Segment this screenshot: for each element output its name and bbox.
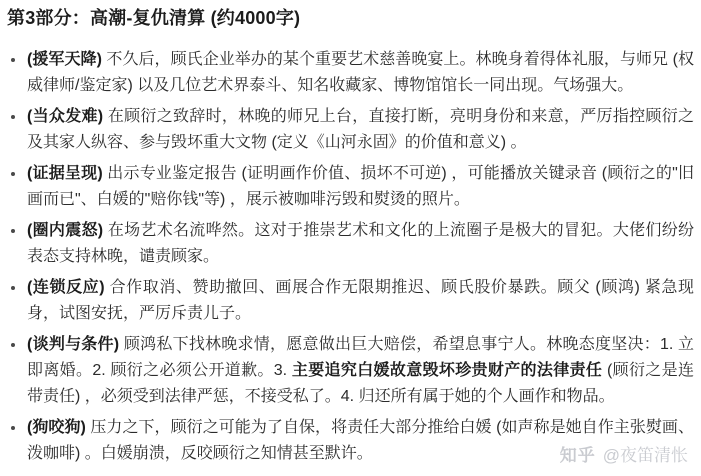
list-item: (谈判与条件) 顾鸿私下找林晚求情，愿意做出巨大赔偿，希望息事宁人。林晚态度坚决…: [27, 332, 694, 410]
list-item: (证据呈现) 出示专业鉴定报告 (证明画作价值、损坏不可逆) ，可能播放关键录音…: [27, 161, 694, 213]
section-title: 第3部分：高潮-复仇清算 (约4000字): [7, 6, 694, 30]
document-page: 第3部分：高潮-复仇清算 (约4000字) (援军天降) 不久后，顾氏企业举办的…: [7, 6, 694, 476]
bullet-icon: [11, 286, 15, 290]
list-item-text: (当众发难) 在顾衍之致辞时，林晚的师兄上台，直接打断，亮明身份和来意，严厉指控…: [27, 108, 694, 151]
bullet-icon: [11, 426, 15, 430]
bullet-icon: [11, 229, 15, 233]
list-item-text: (连锁反应) 合作取消、赞助撤回、画展合作无限期推迟、顾氏股价暴跌。顾父 (顾鸿…: [27, 279, 694, 322]
list-item-text: (援军天降) 不久后，顾氏企业举办的某个重要艺术慈善晚宴上。林晚身着得体礼服，与…: [27, 51, 694, 94]
zhihu-logo-text: 知乎: [560, 446, 596, 465]
list-item: (圈内震怒) 在场艺术名流哗然。这对于推崇艺术和文化的上流圈子是极大的冒犯。大佬…: [27, 218, 694, 270]
watermark-username: @夜笛清怅: [603, 446, 688, 465]
bullet-icon: [11, 343, 15, 347]
bullet-icon: [11, 58, 15, 62]
bullet-icon: [11, 172, 15, 176]
list-item: (援军天降) 不久后，顾氏企业举办的某个重要艺术慈善晚宴上。林晚身着得体礼服，与…: [27, 47, 694, 99]
watermark: 知乎@夜笛清怅: [560, 441, 688, 466]
list-item: (连锁反应) 合作取消、赞助撤回、画展合作无限期推迟、顾氏股价暴跌。顾父 (顾鸿…: [27, 275, 694, 327]
outline-list: (援军天降) 不久后，顾氏企业举办的某个重要艺术慈善晚宴上。林晚身着得体礼服，与…: [7, 47, 694, 467]
list-item-text: (谈判与条件) 顾鸿私下找林晚求情，愿意做出巨大赔偿，希望息事宁人。林晚态度坚决…: [27, 336, 694, 405]
list-item-text: (证据呈现) 出示专业鉴定报告 (证明画作价值、损坏不可逆) ，可能播放关键录音…: [27, 165, 694, 208]
list-item-text: (圈内震怒) 在场艺术名流哗然。这对于推崇艺术和文化的上流圈子是极大的冒犯。大佬…: [27, 222, 694, 265]
list-item: (当众发难) 在顾衍之致辞时，林晚的师兄上台，直接打断，亮明身份和来意，严厉指控…: [27, 104, 694, 156]
bullet-icon: [11, 115, 15, 119]
